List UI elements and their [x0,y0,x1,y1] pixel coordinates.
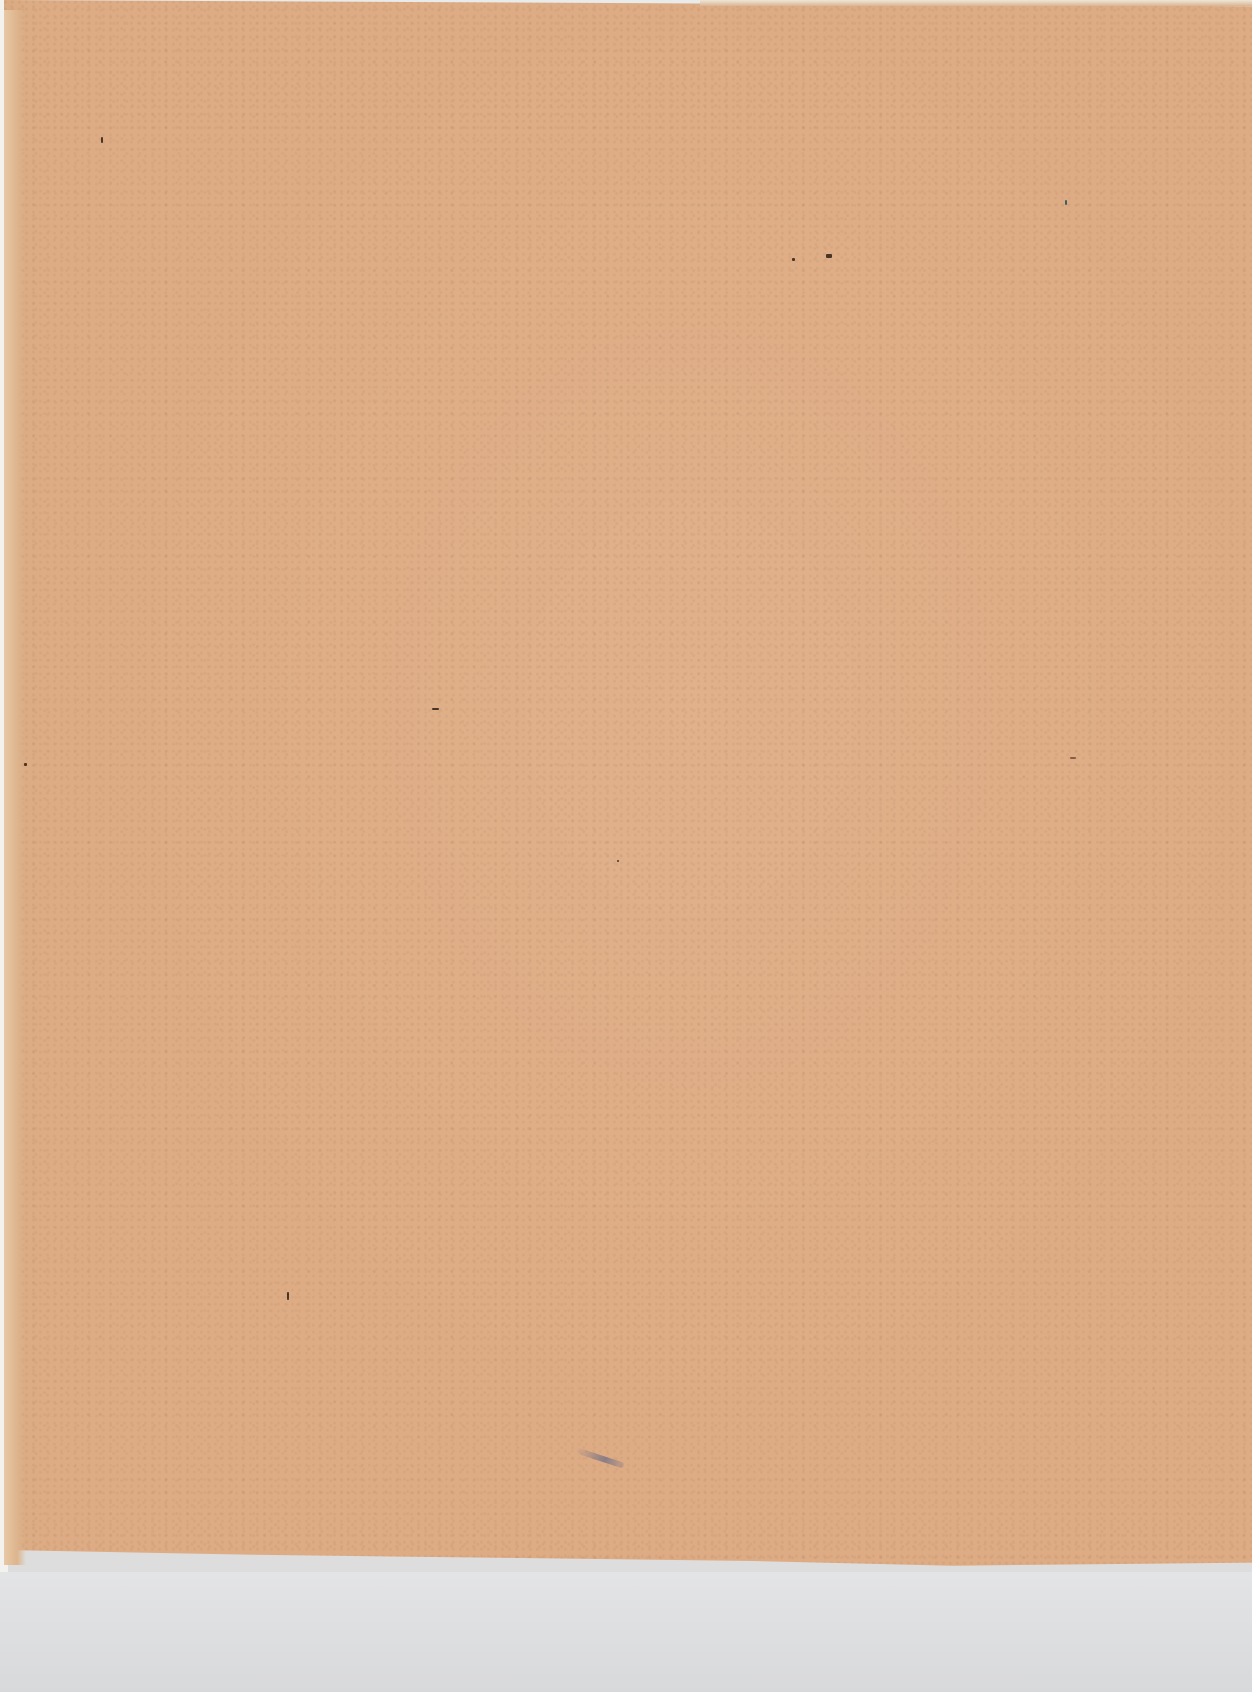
paper-speck [101,137,103,143]
scanned-page [0,0,1252,1692]
paper-speck [1070,757,1076,759]
paper-speck [826,254,832,258]
scanner-background [0,1572,1252,1692]
cover-spine-edge [4,10,26,1565]
paper-speck [792,258,795,261]
paper-speck [617,860,619,862]
paper-speck [1065,200,1067,205]
paper-speck [287,1292,289,1300]
book-cover [4,0,1252,1572]
paper-speck [432,708,439,710]
paper-speck [24,763,27,766]
cover-top-edge [700,0,1252,6]
